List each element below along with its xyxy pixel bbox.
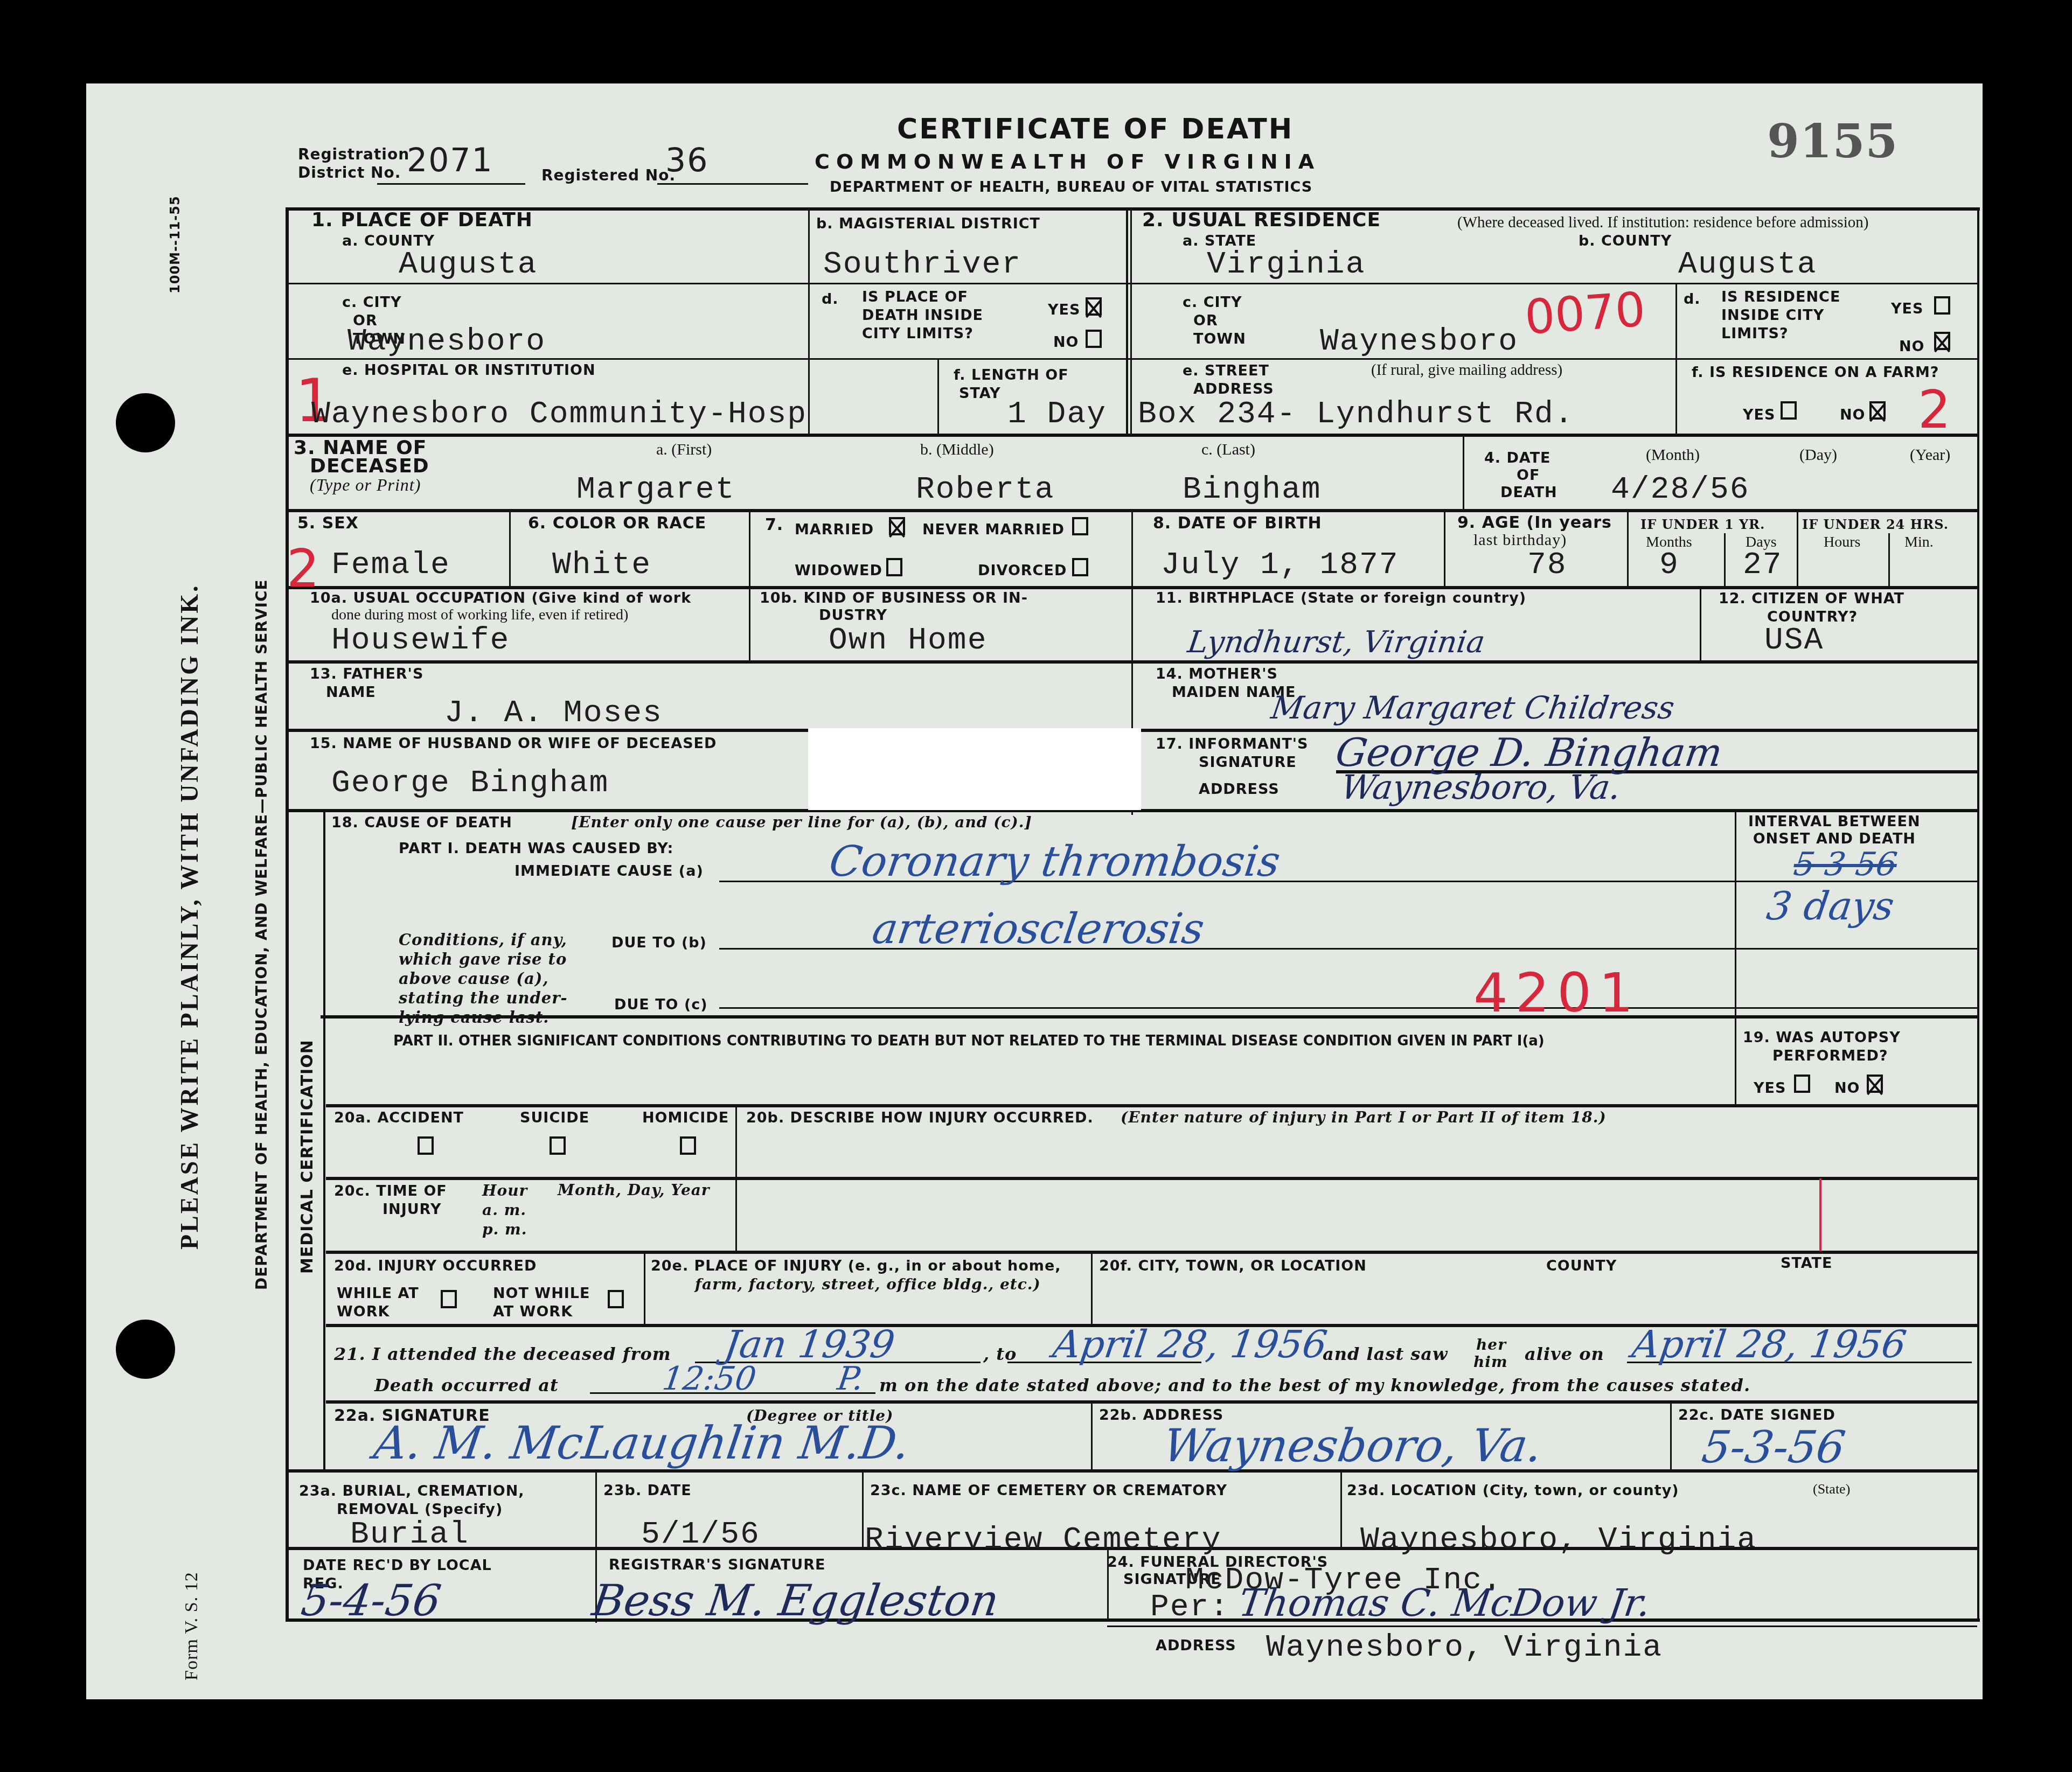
- residence-limits-no-checkbox[interactable]: [1934, 332, 1950, 350]
- frame-top: [286, 207, 1980, 211]
- funeral-sig-line: [1107, 1626, 1977, 1627]
- farm-yes-label: YES: [1743, 407, 1775, 423]
- registration-district-label: Registration District No.: [298, 145, 409, 182]
- homicide-checkbox[interactable]: [680, 1136, 696, 1155]
- registrar-signature: Bess M. Eggleston: [589, 1575, 1002, 1626]
- age-label: 9. AGE (In years last birthday): [1457, 514, 1612, 549]
- hours-label: Hours: [1824, 533, 1860, 552]
- row-22-line: [326, 1400, 1977, 1404]
- div-23b-23c: [862, 1472, 864, 1547]
- ink-instruction: PLEASE WRITE PLAINLY, WITH UNFADING INK.: [180, 583, 199, 1250]
- day-label: (Day): [1799, 446, 1837, 464]
- inside-l3: CITY LIMITS?: [862, 325, 983, 343]
- place-of-injury-label: 20e. PLACE OF INJURY (e. g., in or about…: [651, 1258, 1061, 1274]
- part2-line: [321, 1015, 1977, 1018]
- widowed-checkbox[interactable]: [886, 558, 902, 576]
- attended-label: 21. I attended the deceased from: [334, 1345, 671, 1363]
- cause-code: 4201: [1473, 961, 1641, 1024]
- days-value: 27: [1743, 549, 1783, 582]
- death-limits-yes-checkbox[interactable]: [1086, 297, 1102, 316]
- autopsy-no-label: NO: [1834, 1080, 1860, 1097]
- farm-label: f. IS RESIDENCE ON A FARM?: [1692, 364, 1939, 381]
- cond-l3: above cause (a),: [399, 969, 568, 988]
- to-label: , to: [983, 1345, 1017, 1363]
- row-20c-line: [326, 1177, 1977, 1180]
- while-at-work-checkbox[interactable]: [441, 1290, 457, 1308]
- month-label: (Month): [1646, 446, 1700, 464]
- interval-struck-value: 5 3 56: [1791, 846, 1900, 883]
- citizen-l1: 12. CITIZEN OF WHAT: [1719, 590, 1904, 608]
- div-1e-1f: [937, 359, 939, 435]
- homicide-label: HOMICIDE: [642, 1110, 729, 1126]
- cond-l2: which gave rise to: [399, 950, 568, 969]
- red-mark-2: 2: [1918, 380, 1951, 440]
- residence-limits-yes-label: YES: [1891, 301, 1923, 317]
- date-signed-value: 5-3-56: [1699, 1422, 1848, 1473]
- suicide-checkbox[interactable]: [550, 1136, 566, 1155]
- div-6-7: [749, 512, 750, 587]
- widowed-label: WIDOWED: [795, 562, 882, 579]
- due-to-b-label: DUE TO (b): [611, 934, 707, 951]
- div-months-days: [1724, 533, 1726, 587]
- last-name-value: Bingham: [1183, 474, 1322, 506]
- dod-l3: DEATH: [1484, 484, 1558, 501]
- autopsy-label: 19. WAS AUTOPSY PERFORMED?: [1743, 1029, 1901, 1065]
- name-l1: 3. NAME OF: [294, 439, 429, 457]
- date-of-death-value: 4/28/56: [1611, 474, 1750, 506]
- death-limits-yes-label: YES: [1048, 302, 1080, 318]
- residence-limits-no-label: NO: [1899, 338, 1925, 355]
- residence-county-label: b. COUNTY: [1579, 233, 1672, 249]
- disposition-location-label: 23d. LOCATION (City, town, or county): [1347, 1482, 1679, 1499]
- medical-cert-border: [323, 811, 325, 1470]
- date-received-value: 5-4-56: [298, 1575, 444, 1626]
- street-address-value: Box 234- Lyndhurst Rd.: [1138, 399, 1574, 431]
- industry-value: Own Home: [829, 625, 987, 657]
- informant-label: 17. INFORMANT'S SIGNATURE: [1156, 735, 1309, 772]
- naw-l1: NOT WHILE: [493, 1285, 590, 1303]
- citizen-label: 12. CITIZEN OF WHAT COUNTRY?: [1719, 590, 1904, 626]
- frame-left: [286, 207, 289, 1621]
- divorced-label: DIVORCED: [978, 562, 1067, 579]
- per-label: Per:: [1150, 1592, 1229, 1624]
- sex-value: Female: [331, 549, 450, 582]
- immediate-cause-label: IMMEDIATE CAUSE (a): [514, 863, 704, 880]
- rcity-l3: TOWN: [1183, 330, 1246, 348]
- age-value: 78: [1527, 549, 1567, 582]
- meridiem-value: P.: [835, 1360, 866, 1398]
- residence-city-value: Waynesboro: [1320, 326, 1518, 358]
- injury-location-label: 20f. CITY, TOWN, OR LOCATION: [1099, 1258, 1367, 1274]
- waw-l1: WHILE AT: [337, 1285, 419, 1303]
- dr-l1: DATE REC'D BY LOCAL: [303, 1557, 492, 1575]
- magisterial-district-label: b. MAGISTERIAL DISTRICT: [816, 215, 1040, 232]
- div-1a-1b: [808, 210, 810, 436]
- time-l1: 20c. TIME OF: [334, 1182, 447, 1201]
- residence-city-code: 0070: [1523, 281, 1647, 345]
- div-under1-under24: [1797, 512, 1798, 587]
- div-23c-23d: [1340, 1472, 1342, 1547]
- reg-label-line1: Registration: [298, 145, 409, 164]
- date-of-death-label: 4. DATE OF DEATH: [1484, 450, 1558, 501]
- city-label-l1: c. CITY: [342, 294, 406, 312]
- frame-bottom: [286, 1618, 1980, 1622]
- industry-label-2: DUSTRY: [819, 607, 887, 624]
- residence-inside-limits-prefix: d.: [1684, 291, 1701, 308]
- reg-label-line2: District No.: [298, 164, 409, 182]
- form-code: 100M--11-55: [167, 196, 184, 294]
- time-of-injury-label: 20c. TIME OF INJURY: [334, 1182, 447, 1219]
- injury-state-label: STATE: [1781, 1255, 1832, 1272]
- div-1-2b: [1130, 210, 1132, 436]
- div-22b-22c: [1670, 1402, 1672, 1469]
- citizen-value: USA: [1764, 625, 1824, 657]
- describe-injury-note: (Enter nature of injury in Part I or Par…: [1121, 1108, 1607, 1127]
- div-20e-20f: [1091, 1252, 1093, 1325]
- form-number: Form V. S. 12: [183, 1572, 200, 1680]
- middle-name-label: b. (Middle): [920, 441, 994, 459]
- disposition-location-value: Waynesboro, Virginia: [1360, 1524, 1757, 1557]
- age-l2: last birthday): [1457, 532, 1612, 549]
- registered-number: 36: [665, 144, 708, 177]
- month-day-year-label: Month, Day, Year: [558, 1181, 710, 1199]
- alive-on-label: alive on: [1525, 1345, 1604, 1363]
- row3-line: [288, 434, 1977, 437]
- pm-l: p. m.: [482, 1220, 527, 1239]
- occupation-label: 10a. USUAL OCCUPATION (Give kind of work: [310, 590, 691, 606]
- div-8-9: [1444, 512, 1445, 587]
- while-at-work-label: WHILE AT WORK: [337, 1285, 419, 1321]
- registered-no-label: Registered No.: [541, 167, 676, 184]
- disp-l1: 23a. BURIAL, CREMATION,: [299, 1482, 525, 1501]
- never-married-checkbox[interactable]: [1072, 517, 1088, 535]
- birthplace-value: Lyndhurst, Virginia: [1185, 625, 1487, 660]
- name-l2: DECEASED: [294, 457, 429, 476]
- not-at-work-label: NOT WHILE AT WORK: [493, 1285, 590, 1321]
- injury-occurred-label: 20d. INJURY OCCURRED: [334, 1258, 537, 1274]
- accident-label: 20a. ACCIDENT: [334, 1110, 464, 1126]
- rinside-l3: LIMITS?: [1721, 325, 1840, 343]
- sex-label: 5. SEX: [297, 514, 359, 533]
- registration-district-number: 2071: [407, 144, 493, 177]
- informant-l1: 17. INFORMANT'S: [1156, 735, 1309, 754]
- death-city-value: Waynesboro: [347, 326, 546, 358]
- cause-of-death-label: 18. CAUSE OF DEATH: [331, 814, 512, 831]
- middle-name-value: Roberta: [916, 474, 1055, 506]
- race-label: 6. COLOR OR RACE: [528, 514, 706, 533]
- father-label: 13. FATHER'S NAME: [310, 665, 423, 702]
- cause-instruction: [Enter only one cause per line for (a), …: [571, 813, 1032, 832]
- father-value: J. A. Moses: [444, 697, 663, 730]
- redacted-region: [808, 728, 1141, 810]
- stay-l1: f. LENGTH OF: [954, 366, 1069, 385]
- funeral-address-value: Waynesboro, Virginia: [1266, 1632, 1663, 1664]
- cemetery-value: Riverview Cemetery: [865, 1524, 1222, 1557]
- certificate-number: 9155: [1767, 117, 1898, 166]
- spouse-label: 15. NAME OF HUSBAND OR WIFE OF DECEASED: [310, 735, 717, 752]
- row1-line: [288, 283, 1977, 284]
- div-7-8: [1131, 512, 1133, 587]
- autopsy-yes-checkbox[interactable]: [1794, 1075, 1810, 1093]
- disposition-method-value: Burial: [350, 1519, 469, 1551]
- div-10a-10b: [749, 589, 750, 661]
- injury-county-label: COUNTY: [1546, 1258, 1617, 1274]
- due-to-b-value: arteriosclerosis: [870, 905, 1207, 953]
- farm-no-label: NO: [1840, 407, 1866, 423]
- mother-l1: 14. MOTHER'S: [1156, 665, 1296, 683]
- first-name-label: a. (First): [656, 441, 712, 459]
- dod-l1: 4. DATE: [1484, 450, 1558, 467]
- death-inside-limits-prefix: d.: [822, 291, 839, 308]
- street-l1: e. STREET: [1183, 362, 1274, 380]
- autopsy-no-checkbox[interactable]: [1867, 1075, 1883, 1093]
- accident-checkbox[interactable]: [418, 1136, 434, 1155]
- death-inside-limits-label: IS PLACE OF DEATH INSIDE CITY LIMITS?: [862, 288, 983, 343]
- min-label: Min.: [1904, 533, 1934, 552]
- certifier-signature: A. M. McLaughlin M.D.: [371, 1417, 913, 1469]
- div-11-12: [1700, 589, 1701, 661]
- her-label: her: [1476, 1336, 1506, 1354]
- div-20d-20e: [644, 1252, 645, 1325]
- commonwealth-title: COMMONWEALTH OF VIRGINIA: [815, 150, 1320, 173]
- am-l: a. m.: [482, 1201, 527, 1220]
- divorced-checkbox[interactable]: [1072, 558, 1088, 576]
- under-1yr-label: IF UNDER 1 YR.: [1640, 516, 1765, 533]
- father-l1: 13. FATHER'S: [310, 665, 423, 683]
- inside-l1: IS PLACE OF: [862, 288, 983, 306]
- autopsy-l1: 19. WAS AUTOPSY: [1743, 1029, 1901, 1047]
- last-name-label: c. (Last): [1201, 441, 1255, 459]
- dod-l2: OF: [1484, 467, 1558, 484]
- hospital-label: e. HOSPITAL OR INSTITUTION: [342, 362, 596, 379]
- disposition-state-label: (State): [1813, 1480, 1850, 1498]
- autopsy-yes-label: YES: [1754, 1080, 1786, 1097]
- rcity-l2: OR: [1183, 312, 1246, 330]
- street-address-label: e. STREET ADDRESS: [1183, 362, 1274, 399]
- death-county-value: Augusta: [399, 249, 538, 281]
- rinside-l2: INSIDE CITY: [1721, 306, 1840, 325]
- year-label: (Year): [1910, 446, 1950, 464]
- never-married-label: NEVER MARRIED: [922, 521, 1065, 538]
- mother-maiden-name-value: Mary Margaret Childress: [1269, 689, 1677, 726]
- time-l2: INJURY: [334, 1201, 447, 1219]
- funeral-address-label: ADDRESS: [1156, 1637, 1236, 1654]
- rinside-l1: IS RESIDENCE: [1721, 288, 1840, 306]
- residence-limits-yes-checkbox[interactable]: [1934, 296, 1950, 315]
- magisterial-district-value: Southriver: [823, 249, 1021, 281]
- first-name-value: Margaret: [576, 474, 735, 506]
- frame-right: [1977, 207, 1979, 1621]
- disp-l2: REMOVAL (Specify): [299, 1501, 525, 1519]
- spouse-value: George Bingham: [331, 768, 609, 800]
- conditions-note: Conditions, if any, which gave rise to a…: [399, 930, 568, 1027]
- div-18-interval: [1735, 811, 1736, 1104]
- last-saw-label: and last saw: [1323, 1345, 1448, 1363]
- occupation-value: Housewife: [331, 625, 510, 657]
- div-9-under1: [1627, 512, 1629, 587]
- hospital-value: Waynesboro Community-Hosp: [311, 399, 807, 431]
- department-title: DEPARTMENT OF HEALTH, BUREAU OF VITAL ST…: [830, 179, 1312, 196]
- cause-c-line: [719, 1007, 1977, 1009]
- not-at-work-checkbox[interactable]: [608, 1290, 624, 1308]
- death-limits-no-label: NO: [1053, 334, 1079, 351]
- autopsy-l2: PERFORMED?: [1743, 1047, 1901, 1065]
- residence-county-value: Augusta: [1678, 249, 1817, 281]
- div-3-4: [1463, 436, 1464, 511]
- usual-residence-label: 2. USUAL RESIDENCE: [1142, 211, 1381, 229]
- street-address-note: (If rural, give mailing address): [1371, 361, 1562, 379]
- street-l2: ADDRESS: [1183, 380, 1274, 399]
- death-occurred-label: Death occurred at: [374, 1376, 559, 1394]
- disposition-method-label: 23a. BURIAL, CREMATION, REMOVAL (Specify…: [299, 1482, 525, 1519]
- deceased-name-label: 3. NAME OF DECEASED (Type or Print): [294, 439, 429, 494]
- red-line-mark: [1819, 1178, 1821, 1251]
- certificate-title: CERTIFICATE OF DEATH: [897, 113, 1294, 145]
- last-seen-alive-value: April 28, 1956: [1629, 1322, 1909, 1366]
- agency-label: DEPARTMENT OF HEALTH, EDUCATION, AND WEL…: [253, 579, 270, 1290]
- punch-hole-bottom: [116, 1320, 175, 1379]
- attendance-statement: m on the date stated above; and to the b…: [879, 1376, 1750, 1394]
- medical-certification-label: MEDICAL CERTIFICATION: [299, 1040, 316, 1274]
- usual-residence-note: (Where deceased lived. If institution: r…: [1457, 213, 1868, 232]
- rcity-l1: c. CITY: [1183, 294, 1246, 312]
- marital-prefix: 7.: [765, 516, 783, 534]
- residence-state-value: Virginia: [1207, 249, 1365, 281]
- naw-l2: AT WORK: [493, 1303, 590, 1321]
- reg-district-underline: [377, 183, 525, 185]
- interval-label: INTERVAL BETWEEN ONSET AND DEATH: [1748, 813, 1921, 848]
- residence-inside-limits-label: IS RESIDENCE INSIDE CITY LIMITS?: [1721, 288, 1840, 343]
- hour-l: Hour: [482, 1181, 527, 1201]
- residence-city-label: c. CITY OR TOWN: [1183, 294, 1246, 348]
- inside-l2: DEATH INSIDE: [862, 306, 983, 325]
- date-signed-label: 22c. DATE SIGNED: [1678, 1407, 1835, 1424]
- date-of-birth-value: July 1, 1877: [1161, 549, 1399, 582]
- cond-l5: lying cause last.: [399, 1008, 568, 1027]
- informant-address-value: Waynesboro, Va.: [1339, 768, 1623, 807]
- time-of-death-value: 12:50: [660, 1360, 759, 1398]
- suicide-label: SUICIDE: [520, 1110, 589, 1126]
- div-22a-22b-real: [1091, 1402, 1093, 1469]
- registrar-signature-label: REGISTRAR'S SIGNATURE: [609, 1557, 826, 1573]
- informant-address-label: ADDRESS: [1199, 781, 1280, 798]
- registered-no-underline: [657, 183, 808, 185]
- length-of-stay-value: 1 Day: [1007, 399, 1107, 431]
- div-5-6: [509, 512, 511, 587]
- name-l3: (Type or Print): [294, 476, 429, 494]
- describe-injury-label: 20b. DESCRIBE HOW INJURY OCCURRED.: [746, 1110, 1094, 1126]
- cond-l4: stating the under-: [399, 988, 568, 1008]
- part2-label: PART II. OTHER SIGNIFICANT CONDITIONS CO…: [393, 1033, 1545, 1050]
- part1-label: PART I. DEATH WAS CAUSED BY:: [399, 840, 673, 857]
- months-value: 9: [1659, 549, 1679, 582]
- interval-l1: INTERVAL BETWEEN: [1748, 813, 1921, 831]
- under-24hrs-label: IF UNDER 24 HRS.: [1802, 516, 1949, 533]
- row-20d-line: [326, 1251, 1977, 1254]
- place-of-injury-note: farm, factory, street, office bldg., etc…: [695, 1275, 1041, 1294]
- race-value: White: [552, 549, 651, 582]
- certifier-address-value: Waynesboro, Va.: [1160, 1419, 1545, 1472]
- age-l1: 9. AGE (In years: [1457, 514, 1612, 532]
- waw-l2: WORK: [337, 1303, 419, 1321]
- disposition-date-label: 23b. DATE: [603, 1482, 692, 1499]
- occupation-note: done during most of working life, even i…: [331, 606, 628, 624]
- immediate-cause-value: Coronary thrombosis: [826, 838, 1283, 886]
- row-20a-line: [326, 1104, 1977, 1107]
- farm-no-checkbox[interactable]: [1869, 401, 1886, 420]
- him-label: him: [1473, 1353, 1508, 1371]
- cemetery-label: 23c. NAME OF CEMETERY OR CREMATORY: [870, 1482, 1227, 1499]
- attended-to-value: April 28, 1956: [1050, 1322, 1330, 1366]
- interval-value: 3 days: [1764, 883, 1897, 929]
- industry-label: 10b. KIND OF BUSINESS OR IN-: [760, 590, 1028, 606]
- hour-ampm-label: Hour a. m. p. m.: [482, 1181, 527, 1239]
- cond-l1: Conditions, if any,: [399, 930, 568, 950]
- date-of-birth-label: 8. DATE OF BIRTH: [1153, 514, 1322, 533]
- death-limits-no-checkbox[interactable]: [1086, 330, 1102, 348]
- punch-hole-top: [116, 393, 175, 452]
- farm-yes-checkbox[interactable]: [1781, 401, 1797, 420]
- father-l2: NAME: [310, 683, 423, 702]
- div-1-2: [1126, 210, 1128, 436]
- due-to-c-label: DUE TO (c): [614, 996, 708, 1013]
- funeral-director-signature: Thomas C. McDow Jr.: [1236, 1581, 1653, 1625]
- disposition-date-value: 5/1/56: [641, 1519, 760, 1551]
- place-of-death-label: 1. PLACE OF DEATH: [311, 211, 533, 229]
- birthplace-label: 11. BIRTHPLACE (State or foreign country…: [1156, 590, 1526, 606]
- div-hours-min: [1888, 533, 1890, 587]
- married-checkbox[interactable]: [889, 517, 905, 535]
- informant-l2: SIGNATURE: [1156, 754, 1309, 772]
- row6-line: [288, 660, 1977, 664]
- married-label: MARRIED: [795, 521, 874, 538]
